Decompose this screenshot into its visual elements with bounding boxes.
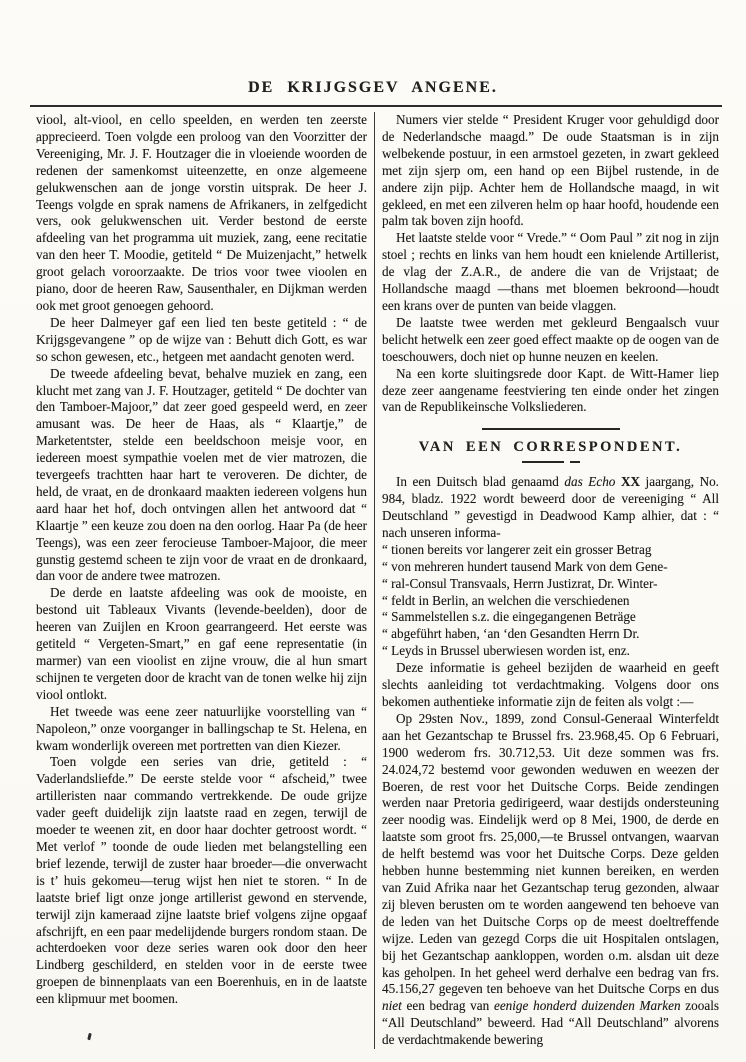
text-run: das Echo xyxy=(564,474,615,489)
page-columns: viool, alt-viool, en cello speelden, en … xyxy=(36,112,720,1049)
text-run: Numers vier stelde “ President Kruger vo… xyxy=(382,112,719,228)
right-column: Numers vier stelde “ President Kruger vo… xyxy=(382,112,719,1049)
text-run: Na een korte sluitingsrede door Kapt. de… xyxy=(382,366,719,415)
paragraph: viool, alt-viool, en cello speelden, en … xyxy=(36,112,367,315)
quoted-line: “ abgeführt haben, ‘an ‘den Gesandten He… xyxy=(382,626,719,643)
text-run: eenige honderd duizenden Marken xyxy=(494,998,681,1013)
paragraph: In een Duitsch blad genaamd das Echo XX … xyxy=(382,474,719,542)
masthead: DE KRIJGSGEV ANGENE. xyxy=(0,79,746,97)
masthead-rule xyxy=(30,105,722,107)
paragraph: Na een korte sluitingsrede door Kapt. de… xyxy=(382,366,719,417)
text-run: Deze informatie is geheel bezijden de wa… xyxy=(382,660,719,709)
quoted-line: “ feldt in Berlin, an welchen die versch… xyxy=(382,593,719,610)
text-run: een bedrag van xyxy=(402,998,494,1013)
quoted-line: “ Leyds in Brussel uberwiesen worden ist… xyxy=(382,643,719,660)
text-run: Het tweede was eene zeer natuurlijke voo… xyxy=(36,704,367,753)
text-run: Op 29sten Nov., 1899, zond Consul-Genera… xyxy=(382,711,719,997)
text-run: De derde en laatste afdeeling was ook de… xyxy=(36,585,367,701)
text-run: XX xyxy=(615,474,640,489)
paragraph: Op 29sten Nov., 1899, zond Consul-Genera… xyxy=(382,711,719,1049)
dash-segment xyxy=(570,461,580,463)
dash-divider-rule xyxy=(382,461,719,463)
column-divider-rule xyxy=(374,112,375,1049)
text-run: viool, alt-viool, en cello speelden, en … xyxy=(36,112,367,313)
ink-speck xyxy=(36,140,38,143)
paragraph: De heer Dalmeyer gaf een lied ten beste … xyxy=(36,315,367,366)
page-title: DE KRIJGSGEV ANGENE. xyxy=(248,79,498,96)
paragraph: Numers vier stelde “ President Kruger vo… xyxy=(382,112,719,230)
quoted-passage: “ tionen bereits vor langerer zeit ein g… xyxy=(382,542,719,660)
section-heading: VAN EEN CORRESPONDENT. xyxy=(382,439,719,456)
quoted-line: “ ral-Consul Transvaals, Herrn Justizrat… xyxy=(382,576,719,593)
paragraph: De tweede afdeeling bevat, behalve muzie… xyxy=(36,366,367,586)
text-run: De heer Dalmeyer gaf een lied ten beste … xyxy=(36,315,367,364)
paragraph: Deze informatie is geheel bezijden de wa… xyxy=(382,660,719,711)
paragraph: De laatste twee werden met gekleurd Beng… xyxy=(382,315,719,366)
text-run: In een Duitsch blad genaamd xyxy=(396,474,564,489)
text-run: De laatste twee werden met gekleurd Beng… xyxy=(382,315,719,364)
text-run: Toen volgde een series van drie, getitel… xyxy=(36,754,367,1006)
left-column: viool, alt-viool, en cello speelden, en … xyxy=(36,112,367,1049)
section-divider-rule xyxy=(482,428,620,430)
paragraph: Het tweede was eene zeer natuurlijke voo… xyxy=(36,704,367,755)
quoted-line: “ Sammelstellen s.z. die eingegangenen B… xyxy=(382,609,719,626)
quoted-line: “ von mehreren hundert tausend Mark von … xyxy=(382,559,719,576)
paragraph: De derde en laatste afdeeling was ook de… xyxy=(36,585,367,703)
paragraph: Het laatste stelde voor “ Vrede.” “ Oom … xyxy=(382,230,719,315)
text-run: De tweede afdeeling bevat, behalve muzie… xyxy=(36,366,367,584)
quoted-line: “ tionen bereits vor langerer zeit ein g… xyxy=(382,542,719,559)
newspaper-page: DE KRIJGSGEV ANGENE. viool, alt-viool, e… xyxy=(0,0,746,1062)
dash-segment xyxy=(522,461,564,463)
text-run: Het laatste stelde voor “ Vrede.” “ Oom … xyxy=(382,230,719,313)
paragraph: Toen volgde een series van drie, getitel… xyxy=(36,754,367,1008)
text-run: niet xyxy=(382,998,402,1013)
